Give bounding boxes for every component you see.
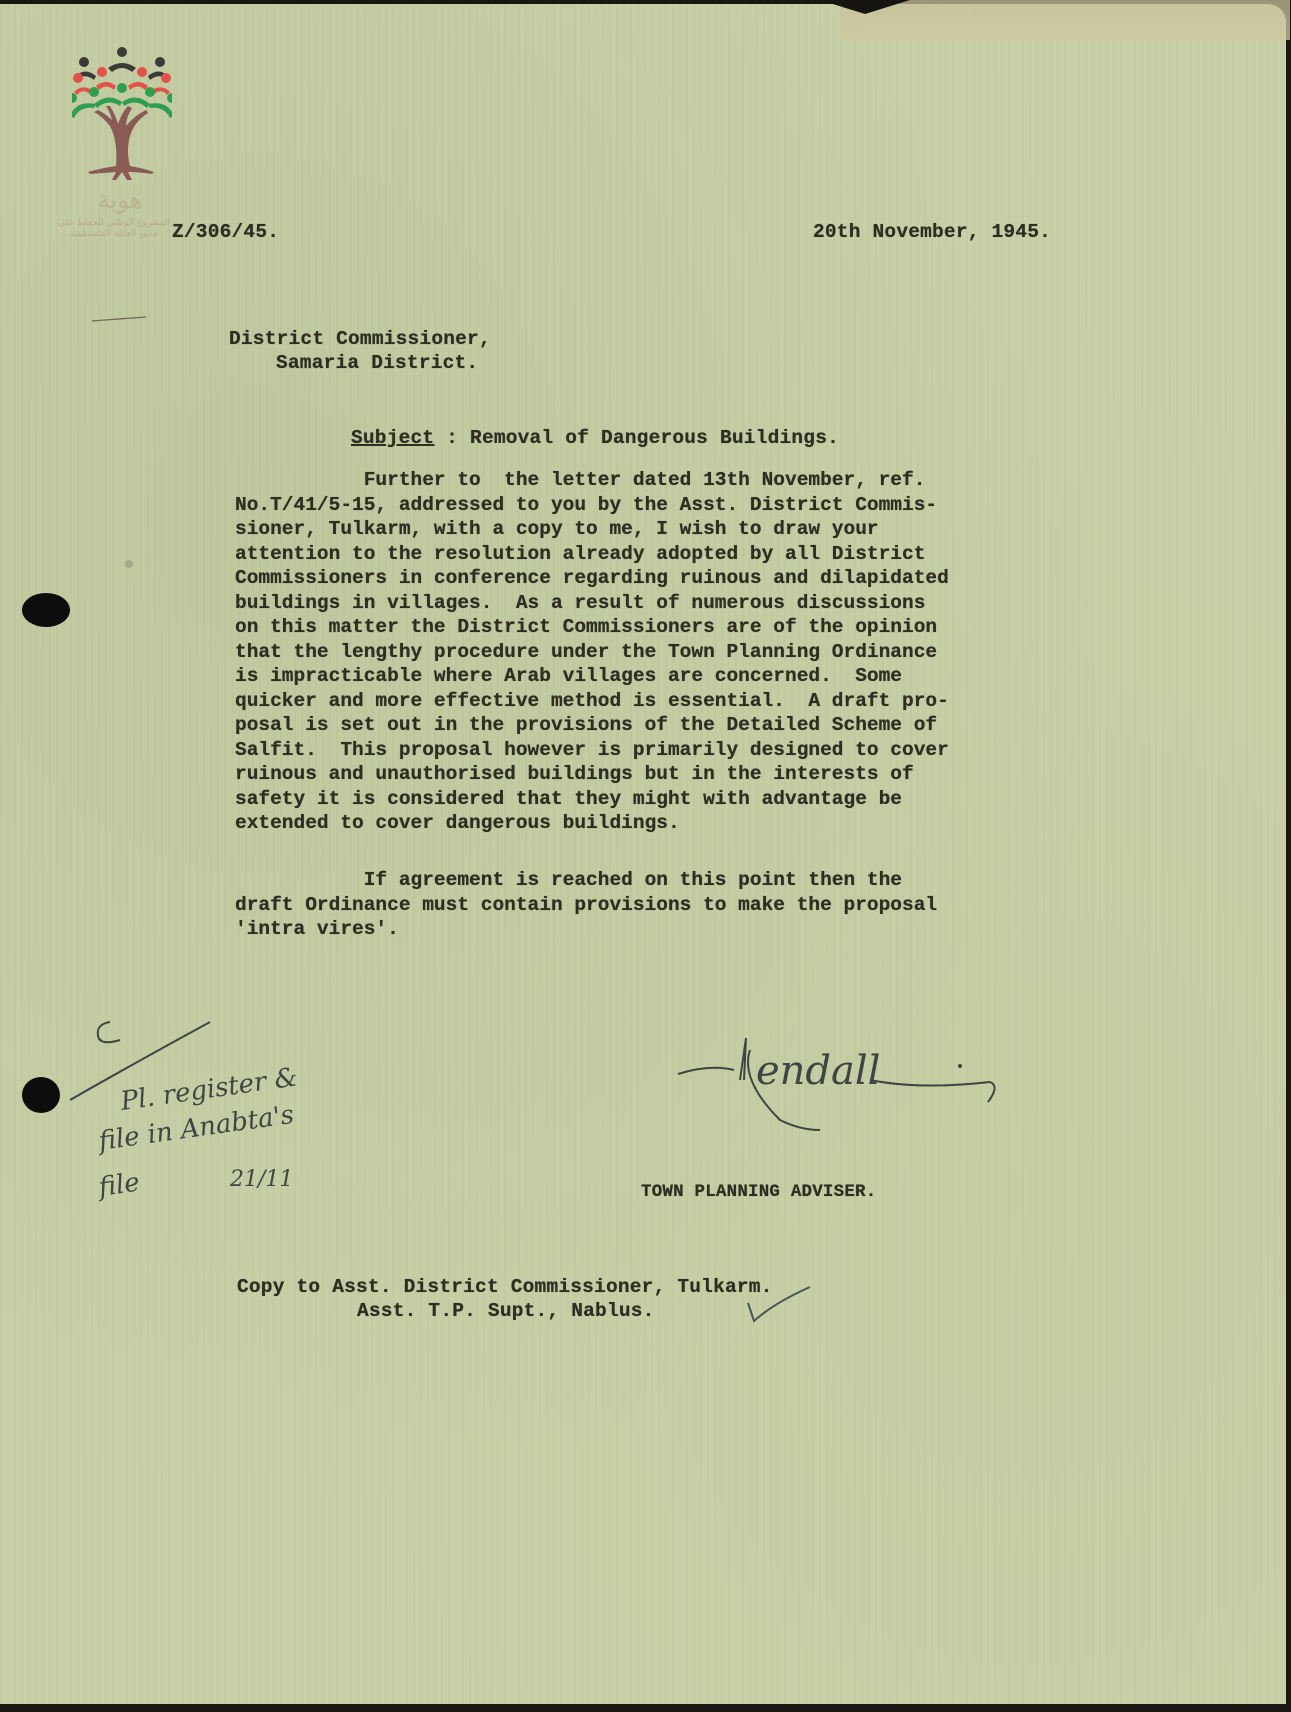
torn-top-edge	[840, 0, 1290, 40]
watermark-caption-line1: المشروع الوطني للحفاظ على	[54, 218, 174, 229]
letter-date: 20th November, 1945.	[813, 221, 1051, 243]
addressee-line-1: District Commissioner,	[229, 328, 491, 350]
annotation-initials-date: 21/11	[229, 1167, 293, 1192]
handwritten-annotation: Pl. register & file in Anabta's file 21/…	[60, 1000, 420, 1220]
watermark-arabic-word: هوية	[90, 186, 150, 214]
signature-text: endall	[756, 1048, 880, 1094]
paper-spot	[125, 560, 133, 568]
addressee-line-2: Samaria District.	[276, 352, 478, 374]
reference-number: Z/306/45.	[172, 221, 279, 243]
copy-to-line-2: Asst. T.P. Supt., Nablus.	[357, 1300, 655, 1322]
watermark-caption-line2: جذور العائلة الفلسطينية	[54, 229, 174, 240]
punch-hole-lower	[22, 1077, 60, 1113]
watermark-caption: المشروع الوطني للحفاظ على جذور العائلة ا…	[54, 218, 174, 240]
subject-line: Subject : Removal of Dangerous Buildings…	[351, 427, 839, 449]
subject-separator: :	[434, 427, 470, 449]
body-paragraph-1: Further to the letter dated 13th Novembe…	[235, 468, 1165, 836]
annotation-line-3: file	[95, 1168, 142, 1204]
punch-hole-upper	[22, 593, 70, 627]
copy-to-line-1: Copy to Asst. District Commissioner, Tul…	[237, 1276, 773, 1298]
document-page	[0, 4, 1286, 1704]
signatory-title: TOWN PLANNING ADVISER.	[641, 1182, 876, 1202]
signature: endall	[670, 1030, 1010, 1140]
tree-logo-icon	[72, 46, 172, 182]
body-paragraph-2: If agreement is reached on this point th…	[235, 868, 1165, 942]
stray-pen-mark	[90, 316, 150, 322]
subject-label: Subject	[351, 427, 434, 449]
subject-text: Removal of Dangerous Buildings.	[470, 427, 839, 449]
checkmark-icon	[744, 1283, 814, 1323]
